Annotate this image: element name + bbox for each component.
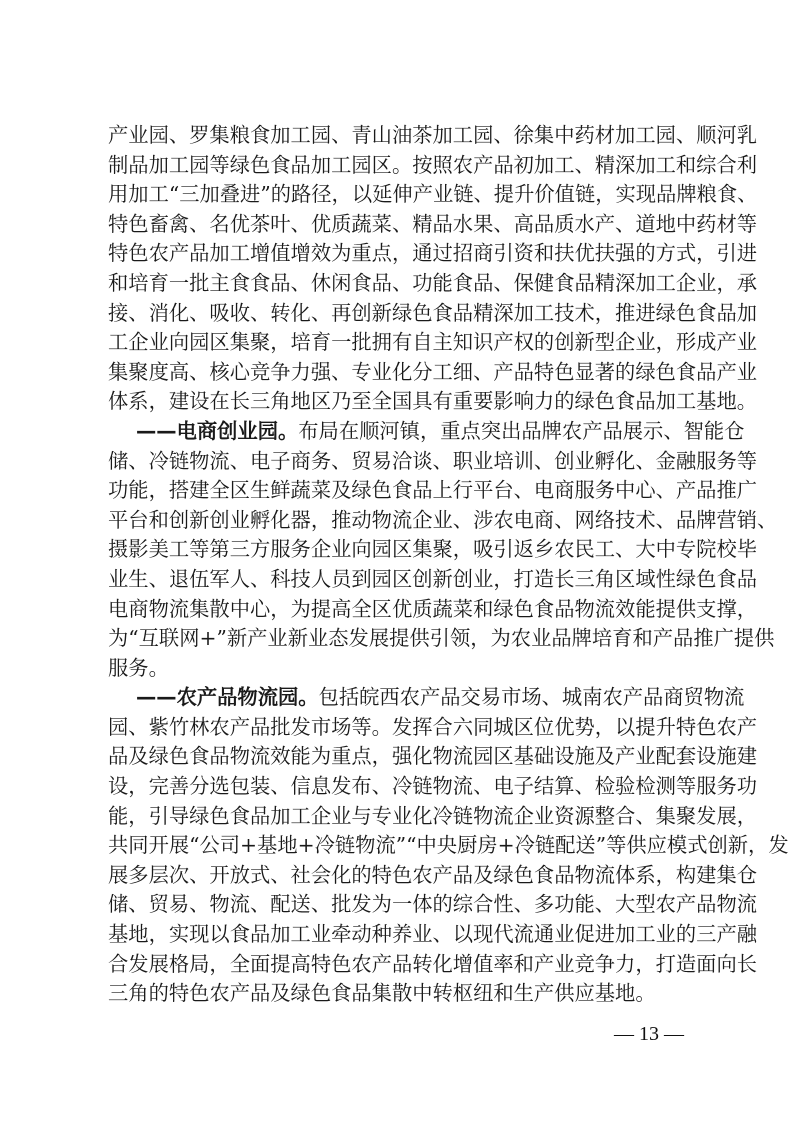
text-line: 能，引导绿色食品加工企业与专业化冷链物流企业资源整合、集聚发展， (108, 802, 686, 832)
text-span: 布局在顺河镇，重点突出品牌农产品展示、智能仓 (298, 419, 744, 443)
text-line: 平台和创新创业孵化器，推动物流企业、涉农电商、网络技术、品牌营销、 (108, 506, 686, 536)
text-line: 制品加工园等绿色食品加工园区。按照农产品初加工、精深加工和综合利 (108, 151, 686, 181)
page-number: — 13 — (614, 1023, 684, 1046)
paragraph-ecommerce-park: ——电商创业园。布局在顺河镇，重点突出品牌农产品展示、智能仓 储、冷链物流、电子… (108, 417, 686, 683)
text-line: 摄影美工等第三方服务企业向园区集聚，吸引返乡农民工、大中专院校毕 (108, 535, 686, 565)
text-line: 设，完善分选包装、信息发布、冷链物流、电子结算、检验检测等服务功 (108, 772, 686, 802)
section-heading-ecommerce: ——电商创业园。 (136, 419, 298, 443)
text-line: 功能，搭建全区生鲜蔬菜及绿色食品上行平台、电商服务中心、产品推广 (108, 476, 686, 506)
paragraph-processing-parks: 产业园、罗集粮食加工园、青山油茶加工园、徐集中药材加工园、顺河乳 制品加工园等绿… (108, 121, 686, 417)
text-line: 储、贸易、物流、配送、批发为一体的综合性、多功能、大型农产品物流 (108, 890, 686, 920)
text-line: 体系，建设在长三角地区乃至全国具有重要影响力的绿色食品加工基地。 (108, 387, 686, 417)
body-text: 产业园、罗集粮食加工园、青山油茶加工园、徐集中药材加工园、顺河乳 制品加工园等绿… (108, 121, 686, 1009)
text-line: 业生、退伍军人、科技人员到园区创新创业，打造长三角区域性绿色食品 (108, 565, 686, 595)
text-line: 特色畜禽、名优茶叶、优质蔬菜、精品水果、高品质水产、道地中药材等 (108, 210, 686, 240)
text-line: 基地，实现以食品加工业牵动种养业、以现代流通业促进加工业的三产融 (108, 920, 686, 950)
text-line: 储、冷链物流、电子商务、贸易洽谈、职业培训、创业孵化、金融服务等 (108, 447, 686, 477)
text-line: 服务。 (108, 654, 686, 684)
text-line: 特色农产品加工增值增效为重点，通过招商引资和扶优扶强的方式，引进 (108, 239, 686, 269)
text-line: 用加工“三加叠进”的路径，以延伸产业链、提升价值链，实现品牌粮食、 (108, 180, 686, 210)
text-line: 园、紫竹林农产品批发市场等。发挥合六同城区位优势，以提升特色农产 (108, 713, 686, 743)
document-page: 产业园、罗集粮食加工园、青山油茶加工园、徐集中药材加工园、顺河乳 制品加工园等绿… (0, 0, 793, 1122)
text-line: 品及绿色食品物流效能为重点，强化物流园区基础设施及产业配套设施建 (108, 742, 686, 772)
text-span: 包括皖西农产品交易市场、城南农产品商贸物流 (319, 685, 745, 709)
text-line: 为“互联网+”新产业新业态发展提供引领，为农业品牌培育和产品推广提供 (108, 624, 686, 654)
text-line: 合发展格局，全面提高特色农产品转化增值率和产业竞争力，打造面向长 (108, 950, 686, 980)
text-line: 和培育一批主食食品、休闲食品、功能食品、保健食品精深加工企业，承 (108, 269, 686, 299)
text-line: 集聚度高、核心竞争力强、专业化分工细、产品特色显著的绿色食品产业 (108, 358, 686, 388)
text-line: 产业园、罗集粮食加工园、青山油茶加工园、徐集中药材加工园、顺河乳 (108, 121, 686, 151)
text-line: 电商物流集散中心，为提高全区优质蔬菜和绿色食品物流效能提供支撑， (108, 595, 686, 625)
text-line: ——农产品物流园。包括皖西农产品交易市场、城南农产品商贸物流 (108, 683, 686, 713)
section-heading-logistics: ——农产品物流园。 (136, 685, 319, 709)
text-line: ——电商创业园。布局在顺河镇，重点突出品牌农产品展示、智能仓 (108, 417, 686, 447)
text-line: 接、消化、吸收、转化、再创新绿色食品精深加工技术，推进绿色食品加 (108, 299, 686, 329)
text-line: 三角的特色农产品及绿色食品集散中转枢纽和生产供应基地。 (108, 979, 686, 1009)
paragraph-logistics-park: ——农产品物流园。包括皖西农产品交易市场、城南农产品商贸物流 园、紫竹林农产品批… (108, 683, 686, 1009)
text-line: 工企业向园区集聚，培育一批拥有自主知识产权的创新型企业，形成产业 (108, 328, 686, 358)
text-line: 展多层次、开放式、社会化的特色农产品及绿色食品物流体系，构建集仓 (108, 861, 686, 891)
text-line: 共同开展“公司+基地+冷链物流”“中央厨房+冷链配送”等供应模式创新，发 (108, 831, 686, 861)
